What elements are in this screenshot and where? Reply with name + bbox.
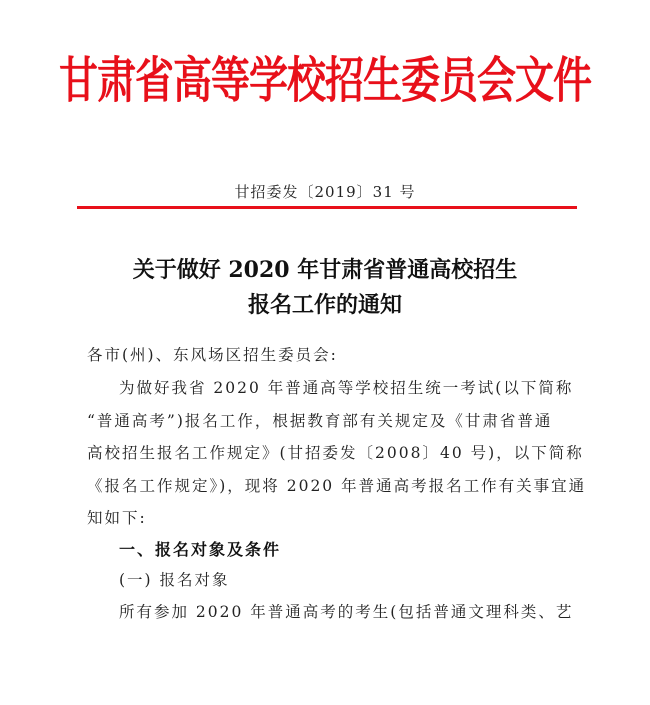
issuer-header-title: 甘肃省高等学校招生委员会文件 bbox=[0, 42, 650, 112]
paragraph-line: 《报名工作规定》)，现将 2020 年普通高考报名工作有关事宜通 bbox=[87, 474, 587, 496]
notice-title-line-2: 报名工作的通知 bbox=[0, 288, 650, 319]
paragraph-line: 为做好我省 2020 年普通高等学校招生统一考试(以下简称 bbox=[119, 376, 619, 398]
salutation: 各市(州)、东风场区招生委员会: bbox=[87, 343, 587, 365]
paragraph-line: 知如下: bbox=[87, 506, 587, 528]
paragraph-line: “普通高考”)报名工作，根据教育部有关规定及《甘肃省普通 bbox=[87, 409, 587, 431]
red-divider-line bbox=[77, 206, 577, 209]
subsection-heading: (一) 报名对象 bbox=[119, 568, 619, 590]
paragraph-line: 所有参加 2020 年普通高考的考生(包括普通文理科类、艺 bbox=[119, 600, 619, 622]
paragraph-line: 高校招生报名工作规定》(甘招委发〔2008〕40 号)，以下简称 bbox=[87, 441, 587, 463]
document-number: 甘招委发〔2019〕31 号 bbox=[0, 181, 650, 202]
notice-title-line-1: 关于做好 2020 年甘肃省普通高校招生 bbox=[0, 253, 650, 284]
section-heading: 一、报名对象及条件 bbox=[119, 537, 619, 560]
